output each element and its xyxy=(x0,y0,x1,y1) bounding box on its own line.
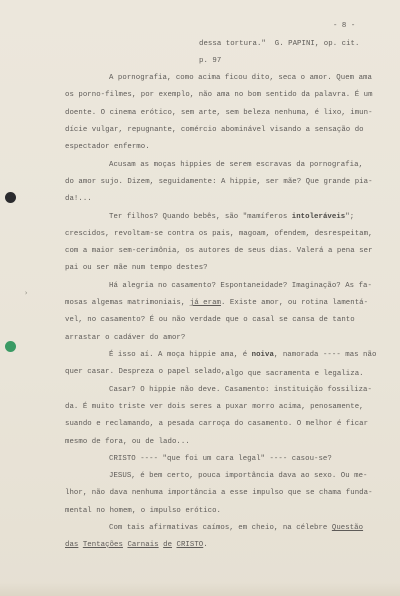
bold-word: noiva xyxy=(252,351,274,359)
underlined-title: de xyxy=(163,541,172,549)
text-line: JESUS, é bem certo, pouca importância da… xyxy=(109,471,368,481)
text-line: com a maior sem-cerimônia, os autores de… xyxy=(65,246,373,256)
text-span: , namorada ---- mas não xyxy=(274,351,377,359)
text-line: do amor sujo. Dizem, seguidamente: A hip… xyxy=(65,177,373,187)
subscript-text: algo que sacramenta e legaliza. xyxy=(225,370,363,378)
text-span: "; xyxy=(345,213,354,221)
citation-page: p. 97 xyxy=(199,56,221,66)
text-line: pai ou ser mãe num tempo destes? xyxy=(65,263,208,273)
citation-line: dessa tortura." G. PAPINI, op. cit. xyxy=(199,39,359,49)
text-line: lhor, não dava nenhuma importância a ess… xyxy=(65,488,373,498)
text-line: Casar? O hippie não deve. Casamento: ins… xyxy=(109,385,372,395)
text-line: Com tais afirmativas caímos, em cheio, n… xyxy=(109,523,363,533)
typewritten-page: › - 8 - dessa tortura." G. PAPINI, op. c… xyxy=(0,0,400,596)
text-line: dície vulgar, repugnante, comércio abomi… xyxy=(65,125,364,135)
bold-word: intoleráveis xyxy=(292,213,345,221)
text-span: Com tais afirmativas caímos, em cheio, n… xyxy=(109,524,332,532)
text-line: mosas algemas matrimoniais, já eram. Exi… xyxy=(65,298,368,308)
text-line: A pornografia, como acima ficou dito, se… xyxy=(109,73,372,83)
text-span: Ter filhos? Quando bebês, são "mamíferos xyxy=(109,213,292,221)
underlined-title: Tentações xyxy=(83,541,123,549)
text-span: . xyxy=(203,541,207,549)
underlined-title: das xyxy=(65,541,78,549)
text-line: da!... xyxy=(65,194,92,204)
punch-hole-dark xyxy=(5,192,16,203)
margin-mark: › xyxy=(24,289,28,297)
text-line: CRISTO ---- "que foi um cara legal" ----… xyxy=(109,454,332,464)
underlined-title: CRISTO xyxy=(177,541,204,549)
text-line: da. É muito triste ver dois seres a puxa… xyxy=(65,402,364,412)
text-line: Há alegria no casamento? Espontaneidade?… xyxy=(109,281,372,291)
page-number: - 8 - xyxy=(333,21,355,31)
text-span: mosas algemas matrimoniais, xyxy=(65,299,190,307)
punch-hole-green xyxy=(5,341,16,352)
text-line: mesmo de fora, ou de lado... xyxy=(65,437,190,447)
text-line: crescidos, revoltam-se contra os pais, m… xyxy=(65,229,373,239)
text-span: quer casar. Despreza o papel selado, xyxy=(65,368,225,376)
text-line: quer casar. Despreza o papel selado,algo… xyxy=(65,367,364,377)
page-bottom-fold xyxy=(0,582,400,596)
underlined-title: Carnais xyxy=(127,541,158,549)
underlined-phrase: já eram xyxy=(190,299,221,307)
text-line: das Tentações Carnais de CRISTO. xyxy=(65,540,208,550)
text-span: É isso aí. A moça hippie ama, é xyxy=(109,351,252,359)
text-line: os porno-filmes, por exemplo, não ama no… xyxy=(65,90,373,100)
text-line: vel, no casamento? É ou não verdade que … xyxy=(65,315,355,325)
text-line: mental no homem, o impulso erótico. xyxy=(65,506,221,516)
text-line: É isso aí. A moça hippie ama, é noiva, n… xyxy=(109,350,376,360)
text-line: Acusam as moças hippies de serem escrava… xyxy=(109,160,363,170)
text-line: suando e reclamando, a pesada carroça do… xyxy=(65,419,368,429)
text-line: doente. O cinema erótico, sem arte, sem … xyxy=(65,108,373,118)
text-line: espectador enfermo. xyxy=(65,142,150,152)
text-span: . Existe amor, ou rotina lamentá- xyxy=(221,299,368,307)
text-line: arrastar o cadáver do amor? xyxy=(65,333,185,343)
underlined-title: Questão xyxy=(332,524,363,532)
text-line: Ter filhos? Quando bebês, são "mamíferos… xyxy=(109,212,354,222)
